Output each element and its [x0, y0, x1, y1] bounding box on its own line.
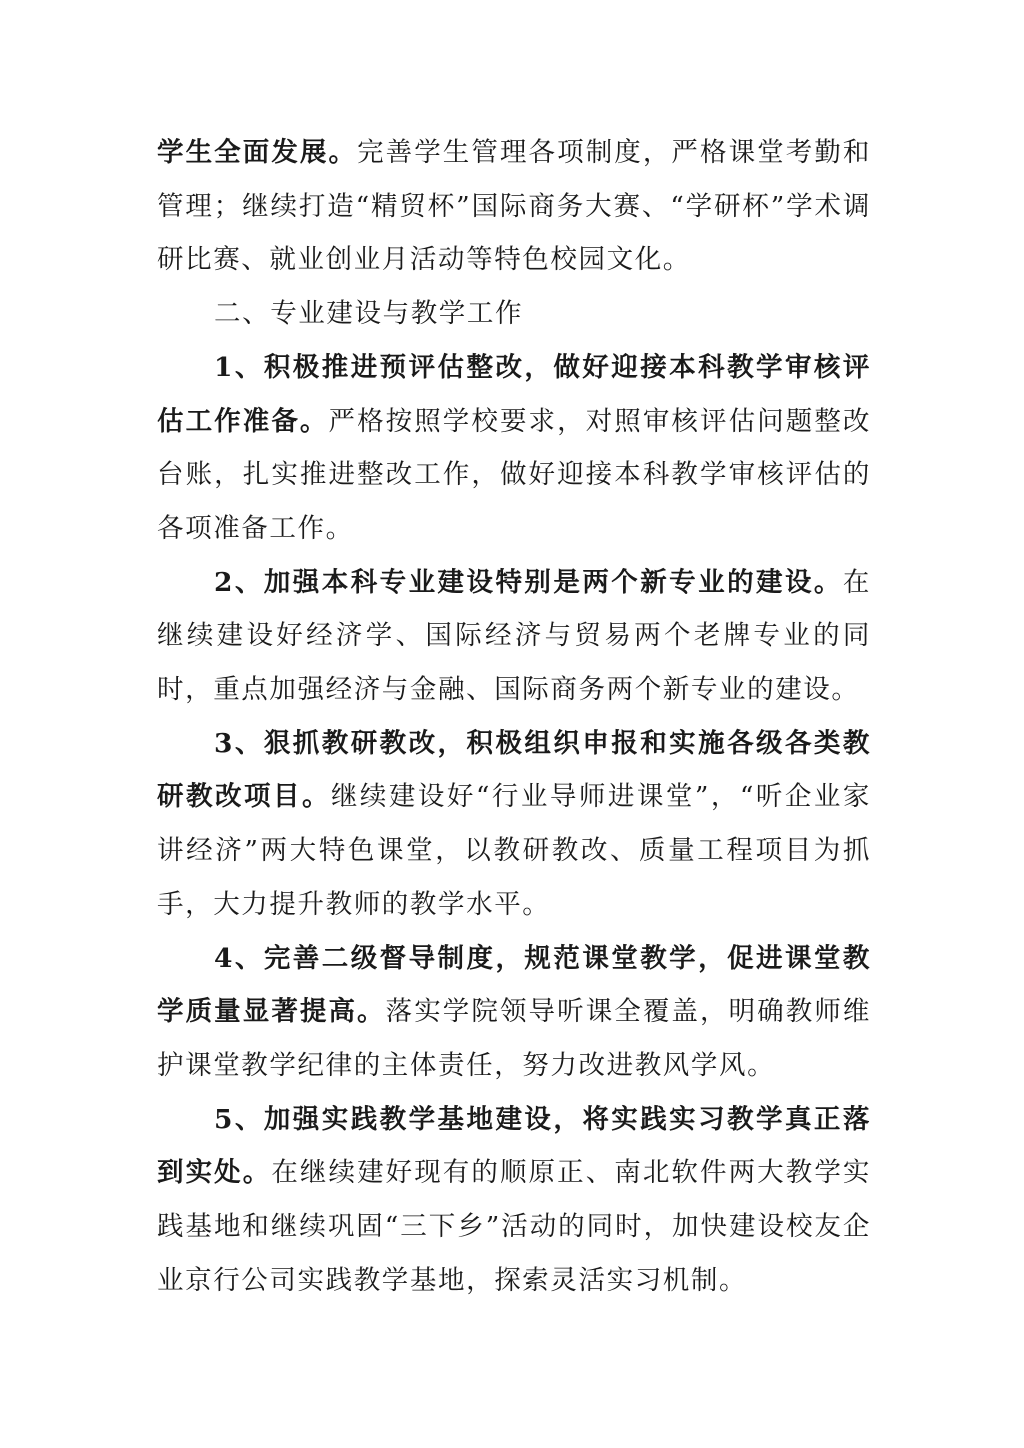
paragraph-item-5: 5、加强实践教学基地建设，将实践实习教学真正落到实处。在继续建好现有的顺原正、南… [157, 1093, 871, 1308]
paragraph-item-3: 3、狠抓教研教改，积极组织申报和实施各级各类教研教改项目。继续建设好“行业导师进… [157, 717, 871, 932]
paragraph-item-2: 2、加强本科专业建设特别是两个新专业的建设。在继续建设好经济学、国际经济与贸易两… [157, 556, 871, 717]
paragraph-item-1: 1、积极推进预评估整改，做好迎接本科教学审核评估工作准备。严格按照学校要求，对照… [157, 341, 871, 556]
paragraph-lead: 学生全面发展。 [157, 137, 357, 168]
paragraph-student-management: 学生全面发展。完善学生管理各项制度，严格课堂考勤和管理；继续打造“精贸杯”国际商… [157, 126, 871, 287]
paragraph-lead: 2、加强本科专业建设特别是两个新专业的建设。 [214, 567, 843, 598]
document-page: 学生全面发展。完善学生管理各项制度，严格课堂考勤和管理；继续打造“精贸杯”国际商… [157, 126, 871, 1307]
paragraph-item-4: 4、完善二级督导制度，规范课堂教学，促进课堂教学质量显著提高。落实学院领导听课全… [157, 932, 871, 1093]
section-heading: 二、专业建设与教学工作 [157, 287, 871, 341]
